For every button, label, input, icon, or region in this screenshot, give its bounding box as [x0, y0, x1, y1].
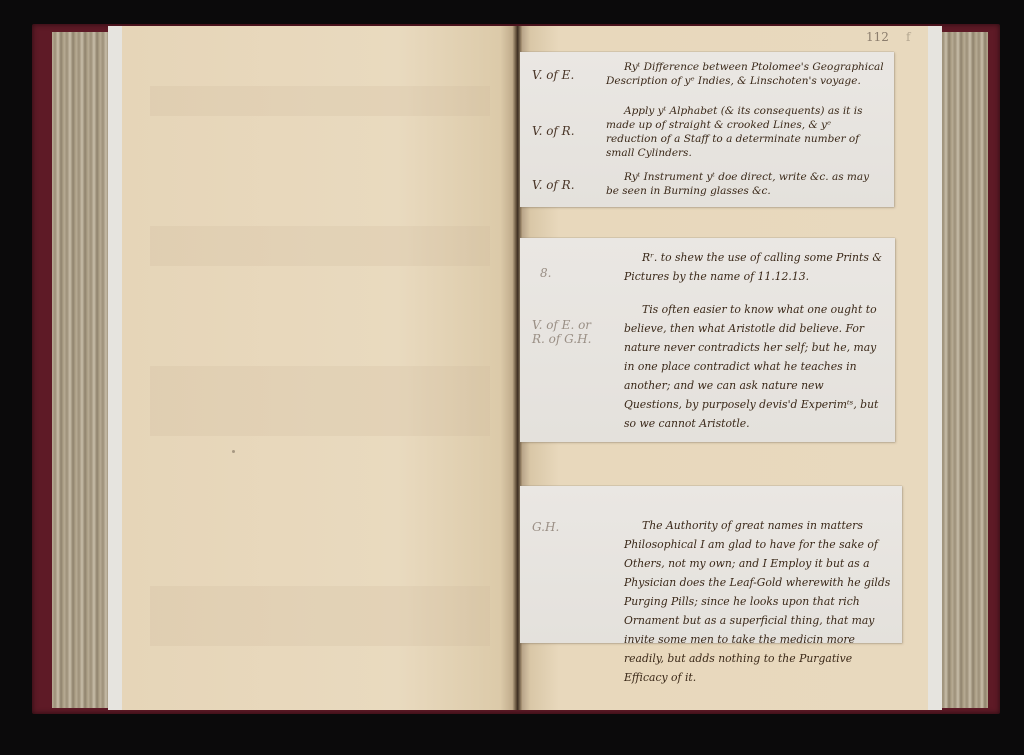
page-stain	[232, 450, 235, 453]
entry-text: Ryᵗ Instrument yᵗ doe direct, write &c. …	[606, 170, 884, 198]
left-page	[122, 26, 516, 710]
entry-text: Ryᵗ Difference between Ptolomee's Geogra…	[606, 60, 884, 88]
show-through-band	[150, 366, 490, 436]
show-through-band	[150, 586, 490, 646]
entry-text: The Authority of great names in matters …	[624, 516, 892, 687]
right-page-edges	[940, 32, 988, 708]
margin-reference: G.H.	[532, 520, 592, 534]
entry-text: Rʳ. to shew the use of calling some Prin…	[624, 248, 885, 286]
manuscript-slip-3: G.H. The Authority of great names in mat…	[520, 486, 902, 643]
margin-reference: 8.	[540, 266, 600, 280]
margin-reference: V. of E.	[532, 68, 592, 82]
entry-text: Tis often easier to know what one ought …	[624, 300, 885, 433]
entry-text: Apply yᵗ Alphabet (& its consequents) as…	[606, 104, 884, 160]
margin-reference: V. of R.	[532, 178, 592, 192]
manuscript-slip-2: 8. Rʳ. to shew the use of calling some P…	[520, 238, 895, 442]
show-through-band	[150, 226, 490, 266]
page-mark: f	[906, 30, 910, 44]
left-page-edges	[52, 32, 110, 708]
margin-reference: V. of R.	[532, 124, 592, 138]
right-flyleaf	[926, 26, 942, 710]
margin-reference: V. of E. or R. of G.H.	[532, 318, 592, 346]
manuscript-slip-1: V. of E. Ryᵗ Difference between Ptolomee…	[520, 52, 894, 207]
page-number: 112	[866, 30, 889, 44]
show-through-band	[150, 86, 490, 116]
